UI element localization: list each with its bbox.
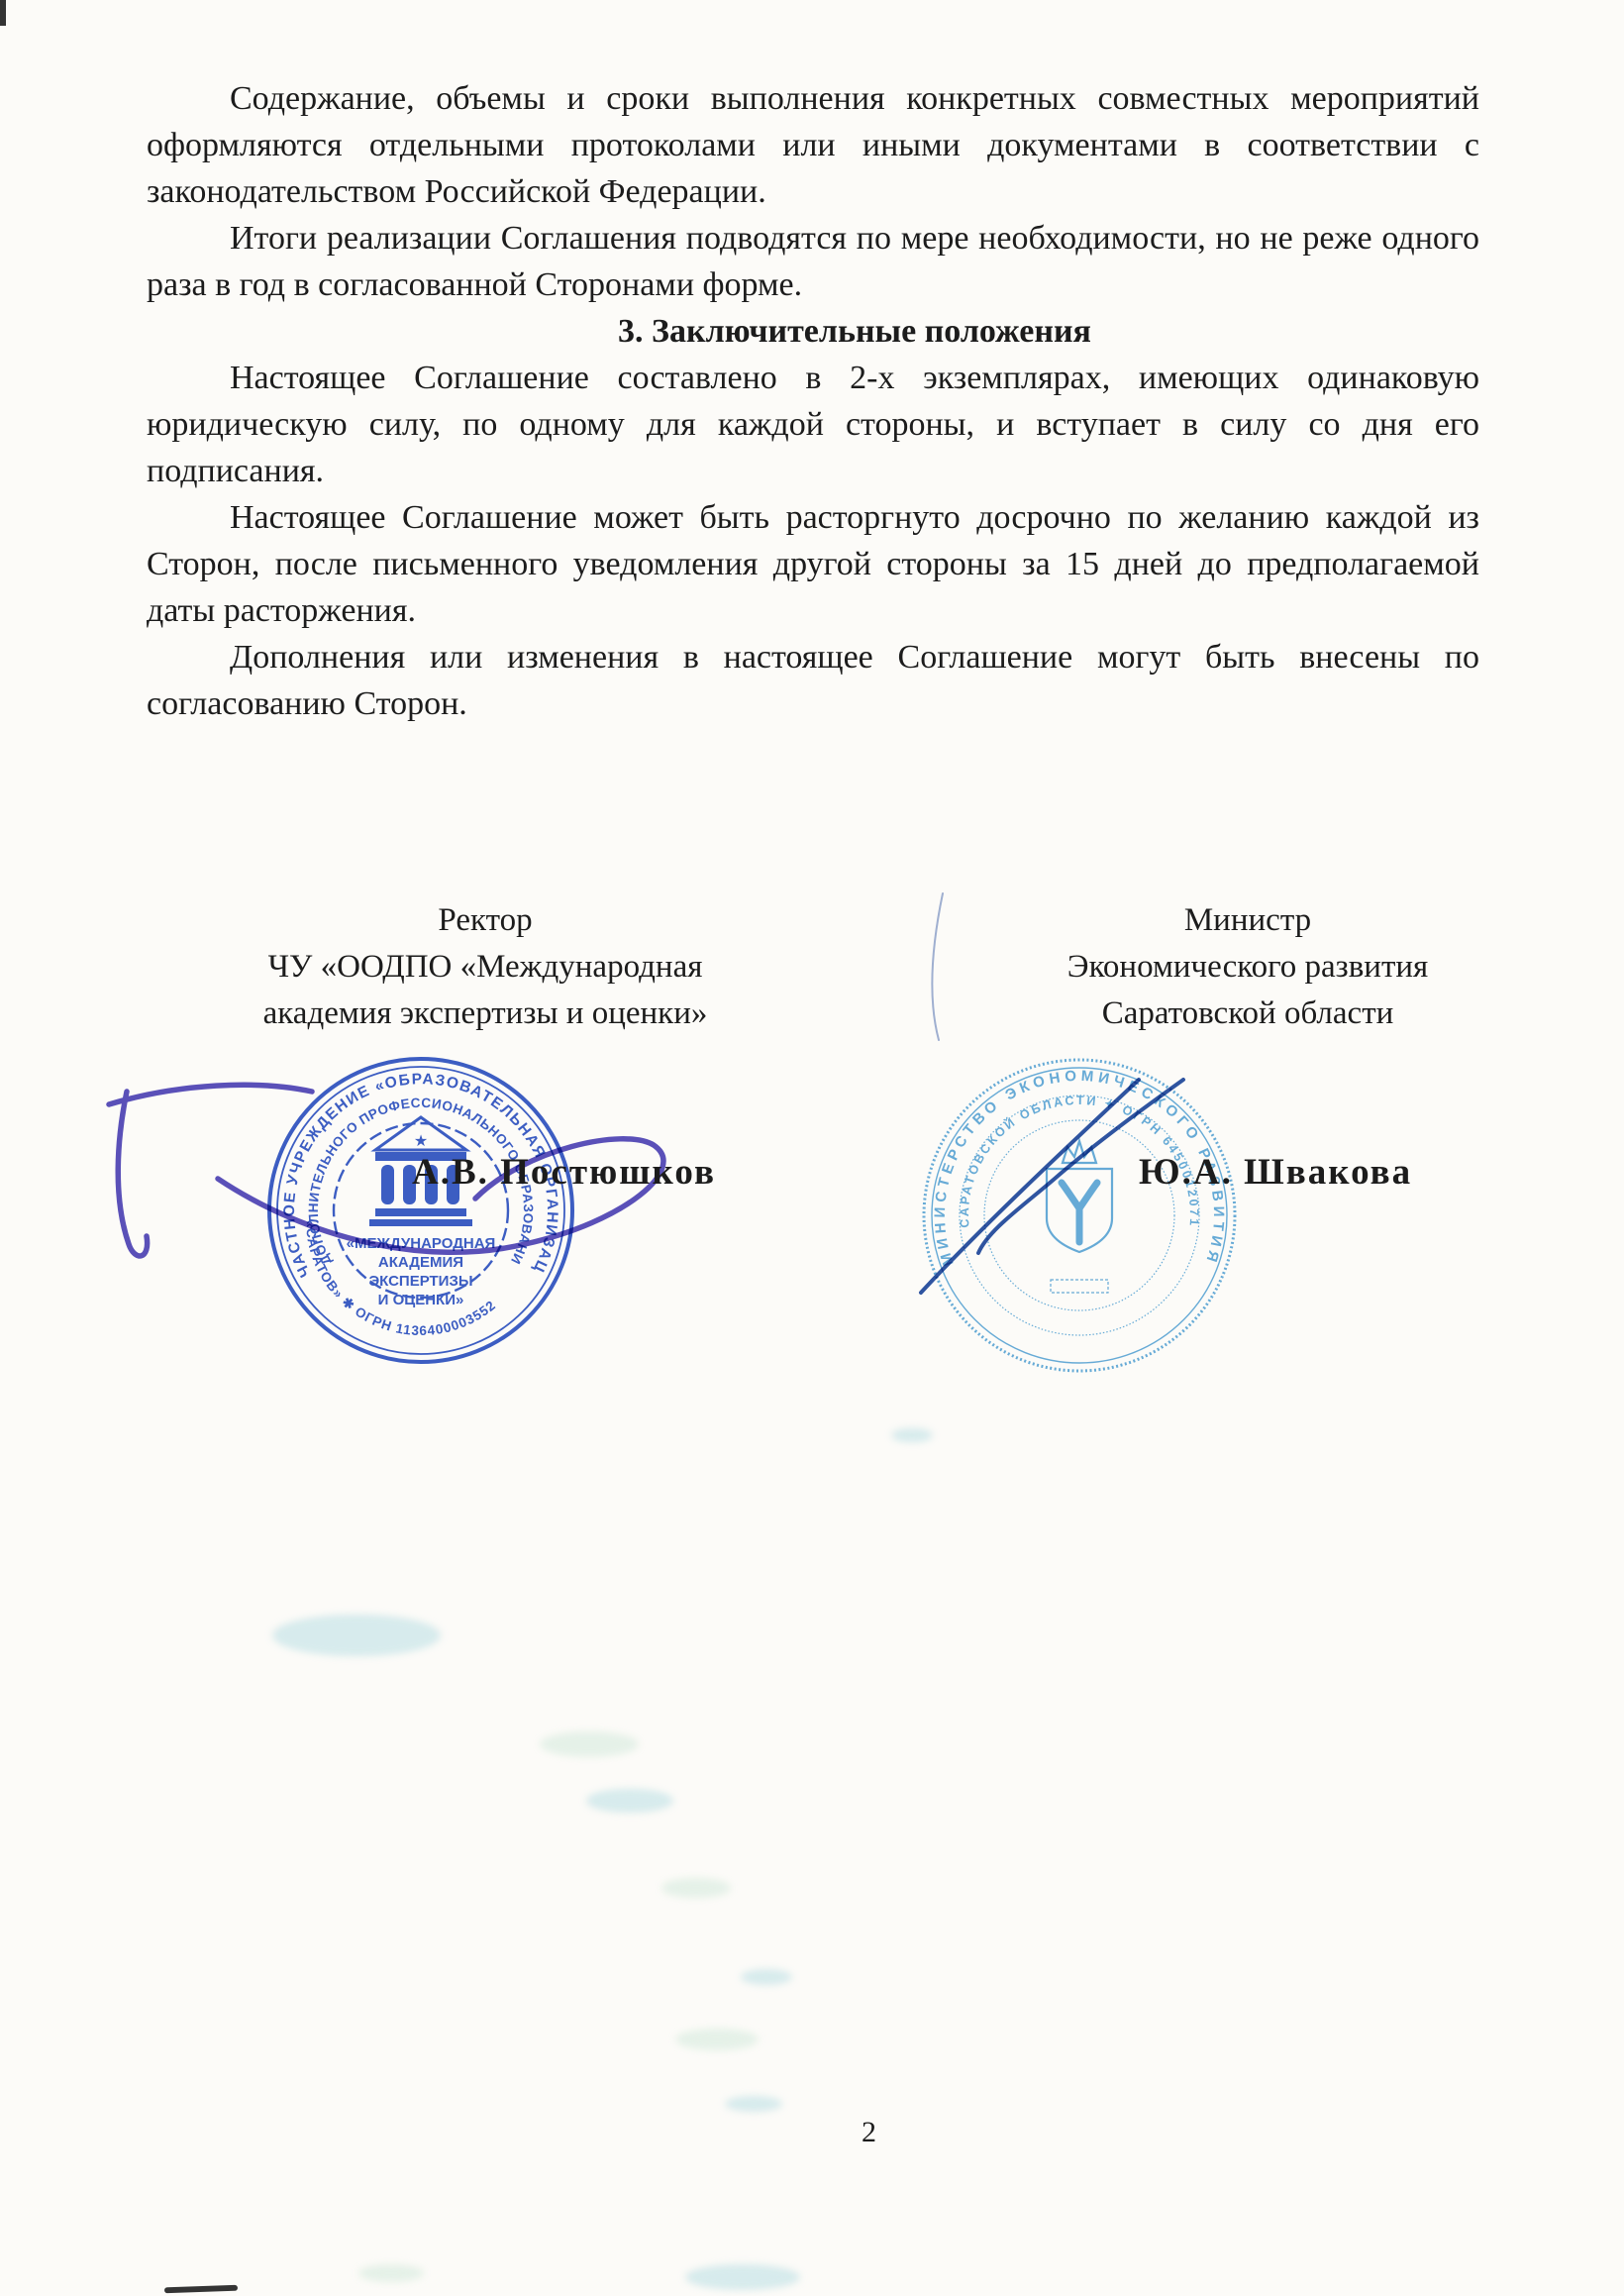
scan-edge-mark [0,0,6,26]
paragraph: Содержание, объемы и сроки выполнения ко… [147,75,1479,215]
page-number: 2 [862,2116,876,2149]
bleed-through-mark [891,1428,933,1442]
section-heading: 3. Заключительные положения [147,308,1479,355]
signatory-title-rector: Ректор ЧУ «ООДПО «Международная академия… [149,897,822,1037]
minister-signature [891,882,1307,1317]
paragraph: Дополнения или изменения в настоящее Сог… [147,634,1479,727]
signatory-title-line: Ректор [149,897,822,944]
bleed-through-mark [272,1615,441,1656]
bleed-through-mark [741,1969,792,1985]
bleed-through-mark [358,2264,424,2282]
bleed-through-mark [725,2096,782,2112]
bleed-through-mark [586,1789,673,1813]
signatory-title-line: академия экспертизы и оценки» [149,991,822,1037]
document-body: Содержание, объемы и сроки выполнения ко… [147,75,1479,727]
bleed-through-mark [661,1878,731,1898]
paragraph: Настоящее Соглашение может быть расторгн… [147,494,1479,634]
paragraph: Итоги реализации Соглашения подводятся п… [147,215,1479,308]
signatory-name-rector: А.В. Постюшков [412,1151,716,1194]
bleed-through-mark [685,2264,800,2290]
signatory-name-minister: Ю.А. Швакова [1139,1151,1412,1194]
bleed-through-mark [540,1731,639,1757]
bleed-through-mark [675,2029,759,2050]
scanned-document-page: Содержание, объемы и сроки выполнения ко… [0,0,1624,2296]
scan-edge-mark [164,2285,238,2294]
signatory-title-line: ЧУ «ООДПО «Международная [149,944,822,991]
paragraph: Настоящее Соглашение составлено в 2-х эк… [147,355,1479,494]
